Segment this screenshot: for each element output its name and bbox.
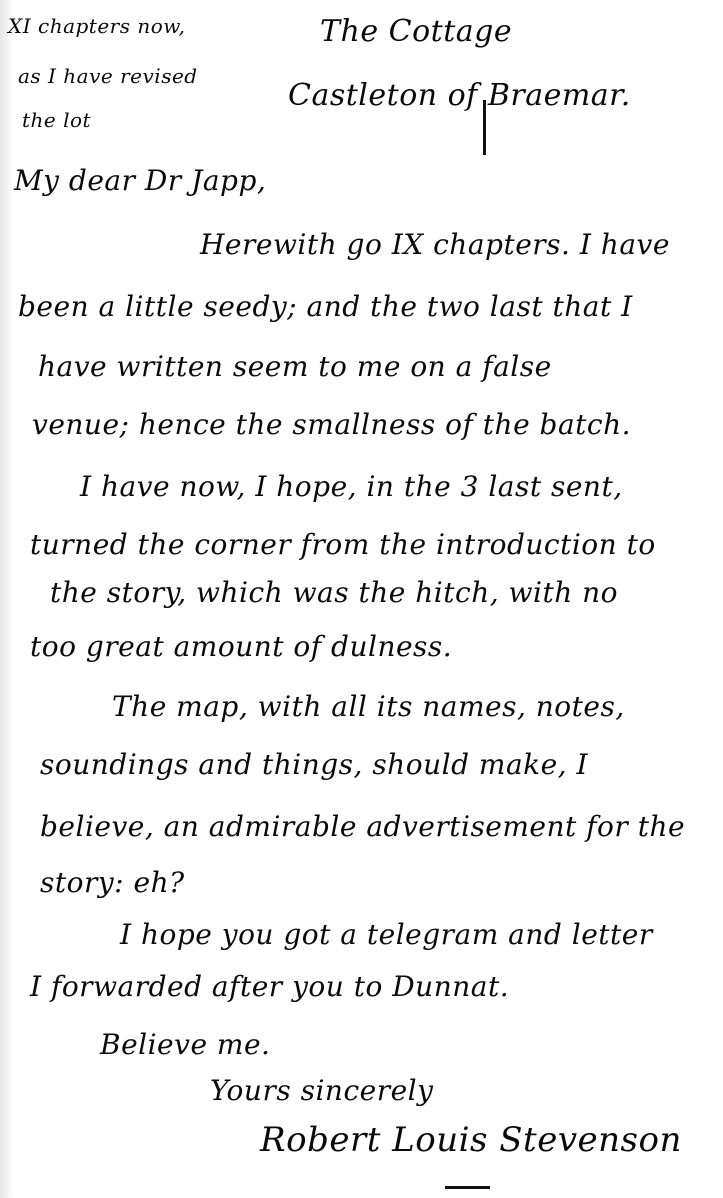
address-line: The Cottage	[320, 14, 512, 49]
body-line: too great amount of dulness.	[30, 630, 452, 663]
address-line: Castleton of Braemar.	[288, 78, 631, 113]
margin-note-line: as I have revised	[18, 64, 198, 88]
body-line: have written seem to me on a false	[38, 350, 552, 383]
margin-note-line: the lot	[22, 108, 91, 132]
body-line: venue; hence the smallness of the batch.	[32, 408, 631, 441]
body-line: the story, which was the hitch, with no	[50, 576, 618, 609]
valediction: Yours sincerely	[210, 1074, 433, 1107]
body-line: been a little seedy; and the two last th…	[18, 290, 633, 323]
margin-note-line: XI chapters now,	[8, 14, 185, 38]
body-line: turned the corner from the introduction …	[30, 528, 656, 561]
body-line: I hope you got a telegram and letter	[120, 918, 653, 951]
body-line: I have now, I hope, in the 3 last sent,	[80, 470, 623, 503]
salutation: My dear Dr Japp,	[14, 164, 266, 197]
pen-stroke	[483, 100, 486, 155]
body-line: I forwarded after you to Dunnat.	[30, 970, 509, 1003]
signature: Robert Louis Stevenson	[260, 1120, 682, 1160]
body-line: soundings and things, should make, I	[40, 748, 588, 781]
body-line: story: eh?	[40, 866, 185, 899]
signature-underline	[445, 1186, 490, 1189]
body-line: Herewith go IX chapters. I have	[200, 228, 670, 261]
closing: Believe me.	[100, 1028, 270, 1061]
page-edge-shadow	[0, 0, 14, 1198]
body-line: believe, an admirable advertisement for …	[40, 810, 685, 843]
body-line: The map, with all its names, notes,	[112, 690, 625, 723]
